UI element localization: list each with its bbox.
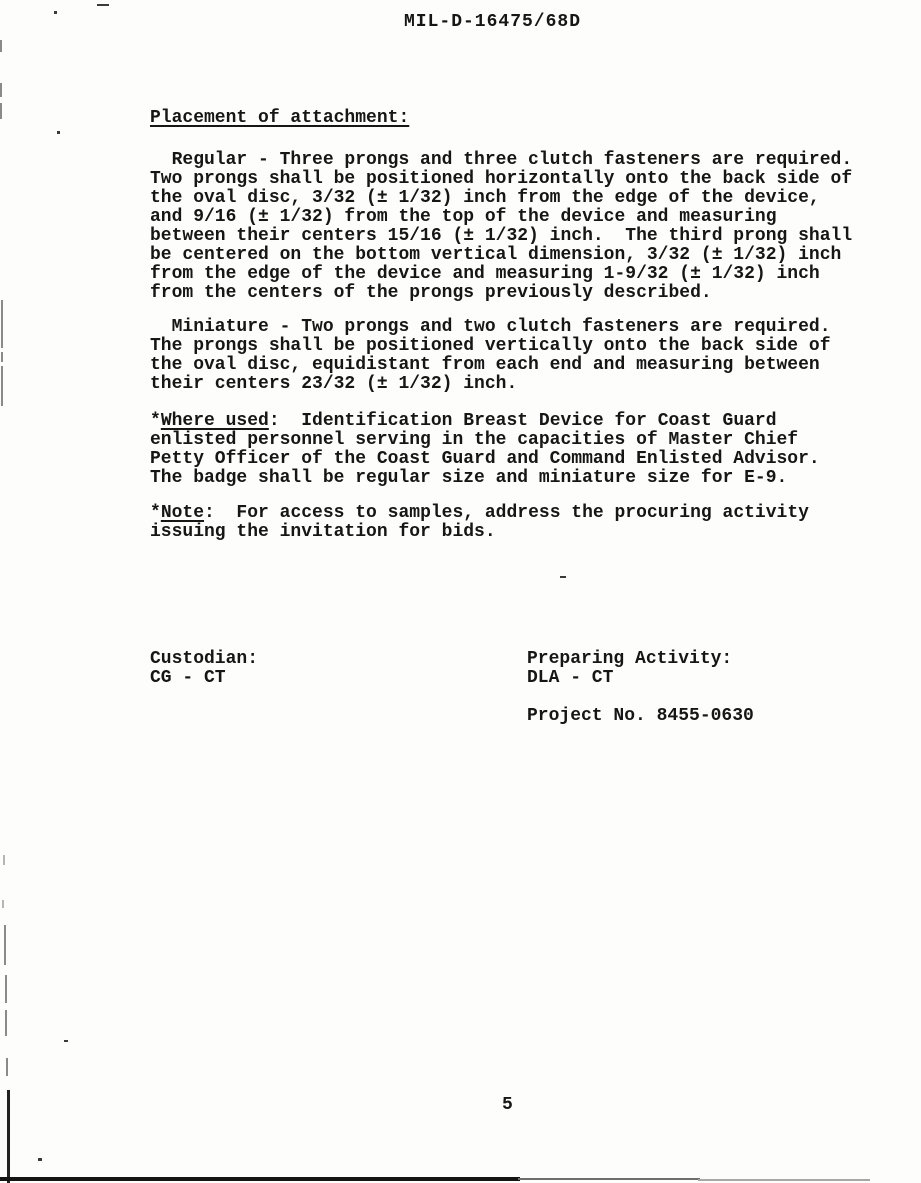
scan-artifact <box>1 300 3 348</box>
paragraph-regular: Regular - Three prongs and three clutch … <box>150 151 852 303</box>
document-number: MIL-D-16475/68D <box>0 13 921 32</box>
scan-artifact <box>1 366 3 406</box>
note-label: Note <box>161 503 204 523</box>
section-heading: Placement of attachment: <box>150 109 409 128</box>
asterisk: * <box>150 503 161 523</box>
scan-bottom-edge <box>698 1179 870 1181</box>
scan-artifact <box>54 11 57 14</box>
page-number: 5 <box>502 1096 513 1115</box>
scan-artifact <box>64 1040 68 1042</box>
scan-edge-line <box>7 1090 10 1183</box>
scan-artifact <box>2 900 4 908</box>
custodian-label: Custodian: <box>150 650 258 669</box>
blank-line <box>527 688 754 707</box>
preparing-activity-block: Preparing Activity: DLA - CT Project No.… <box>527 650 754 726</box>
section-heading-text: Placement of attachment: <box>150 108 409 128</box>
scan-artifact <box>0 83 2 97</box>
paragraph-where-used: *Where used: Identification Breast Devic… <box>150 412 820 488</box>
scan-artifact <box>560 576 566 578</box>
custodian-value: CG - CT <box>150 669 258 688</box>
scan-artifact <box>5 975 7 1003</box>
paragraph-note: *Note: For access to samples, address th… <box>150 504 809 542</box>
scan-artifact <box>4 925 6 965</box>
scan-bottom-edge <box>518 1178 700 1180</box>
asterisk: * <box>150 411 161 431</box>
scan-artifact <box>38 1158 42 1161</box>
custodian-block: Custodian: CG - CT <box>150 650 258 688</box>
scan-artifact <box>97 4 109 6</box>
scan-artifact <box>6 1058 8 1076</box>
scan-artifact <box>0 40 2 52</box>
paragraph-miniature: Miniature - Two prongs and two clutch fa… <box>150 318 831 394</box>
scan-artifact <box>0 103 2 119</box>
scan-artifact <box>3 855 5 865</box>
preparing-activity-label: Preparing Activity: <box>527 650 754 669</box>
note-text: : For access to samples, address the pro… <box>150 503 809 542</box>
project-number: Project No. 8455-0630 <box>527 707 754 726</box>
scan-artifact <box>5 1010 7 1036</box>
scan-bottom-edge <box>0 1177 520 1181</box>
preparing-activity-value: DLA - CT <box>527 669 754 688</box>
where-used-label: Where used <box>161 411 269 431</box>
scanned-document-page: MIL-D-16475/68D Placement of attachment:… <box>0 0 921 1183</box>
scan-artifact <box>57 131 60 134</box>
scan-artifact <box>1 352 3 362</box>
